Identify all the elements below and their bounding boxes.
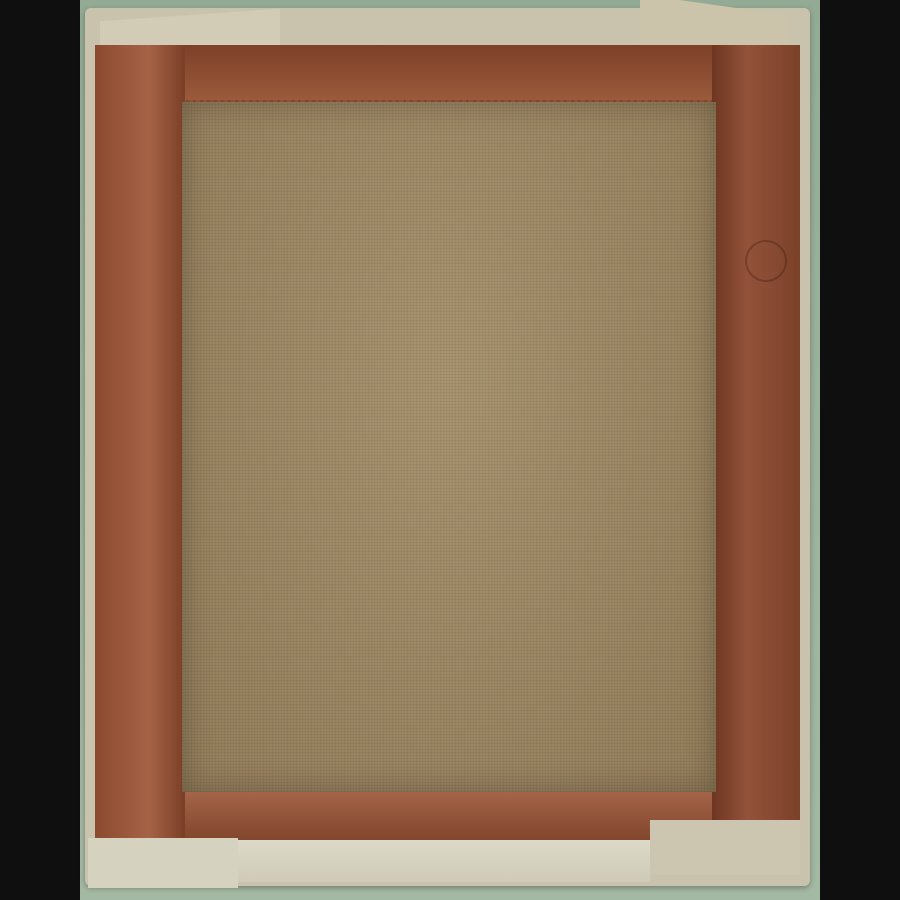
faint-stamp-mark [745,240,787,282]
frame-left-bar [95,45,185,845]
canvas-fold-bottom-right [650,820,800,875]
canvas-bottom-strip [200,840,650,882]
canvas-back-linen [182,102,716,792]
frame-right-bar [712,45,800,845]
frame-top-bar [95,45,800,100]
canvas-fold-bottom-left [88,838,238,888]
